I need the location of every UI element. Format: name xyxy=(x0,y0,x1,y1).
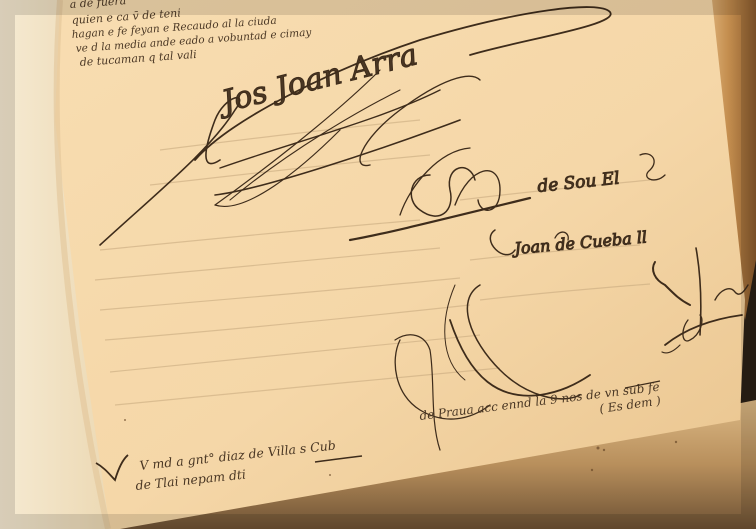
manuscript-illustration: a de fuera quien e ca v̄ de teni hagan e… xyxy=(0,0,756,529)
manuscript-photo: a de fuera quien e ca v̄ de teni hagan e… xyxy=(0,0,756,529)
